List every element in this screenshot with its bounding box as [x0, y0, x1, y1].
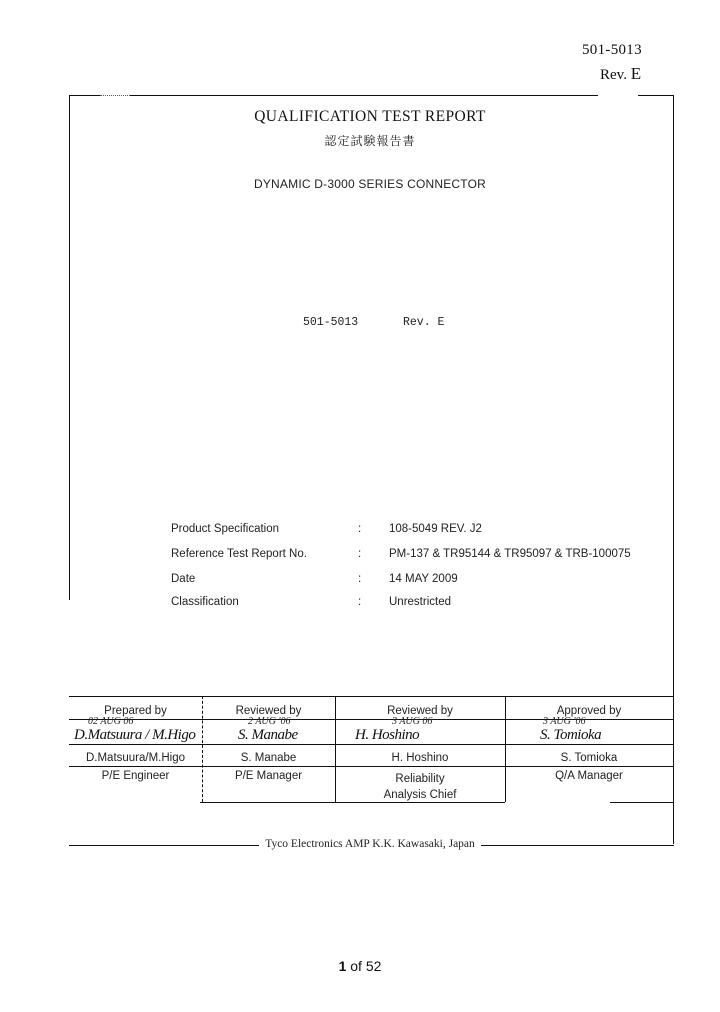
footer: Tyco Electronics AMP K.K. Kawasaki, Japa…	[0, 838, 720, 850]
info-value-reference-report: PM-137 & TR95144 & TR95097 & TRB-100075	[389, 548, 631, 560]
frame-right	[673, 95, 674, 844]
frame-top-left	[69, 95, 100, 96]
approval-title-reviewed-2-line2: Analysis Chief	[335, 787, 505, 803]
info-colon: :	[358, 573, 361, 585]
approval-date-prepared: 02 AUG 06	[88, 716, 133, 727]
info-value-classification: Unrestricted	[389, 596, 451, 608]
page-current: 1	[339, 958, 347, 974]
approval-title-prepared: P/E Engineer	[69, 768, 202, 784]
header-doc-number: 501-5013	[582, 42, 642, 59]
approval-date-reviewed-2: 3 AUG 06	[392, 716, 432, 727]
signature-reviewed-2: H. Hoshino	[355, 727, 419, 744]
info-label-reference-report: Reference Test Report No.	[171, 548, 307, 560]
header-revision-prefix: Rev.	[600, 67, 627, 83]
approval-name-reviewed-1: S. Manabe	[202, 750, 335, 766]
table-line-signature	[69, 744, 674, 745]
approval-title-approved: Q/A Manager	[505, 768, 673, 784]
report-title: QUALIFICATION TEST REPORT	[0, 108, 720, 126]
approval-name-approved: S. Tomioka	[505, 750, 673, 766]
report-title-japanese: 認定試験報告書	[0, 132, 720, 149]
info-label-date: Date	[171, 573, 195, 585]
document-number: 501-5013	[303, 316, 358, 329]
table-line-bottom-right	[610, 802, 673, 803]
signature-prepared: D.Matsuura / M.Higo	[74, 727, 195, 744]
table-line-name	[69, 766, 674, 767]
page-of-label: of	[350, 958, 362, 974]
signature-approved: S. Tomioka	[540, 727, 601, 744]
approval-date-approved: 3 AUG '06	[543, 716, 586, 727]
approval-name-prepared: D.Matsuura/M.Higo	[69, 750, 202, 766]
info-colon: :	[358, 596, 361, 608]
info-colon: :	[358, 548, 361, 560]
frame-left	[69, 95, 70, 600]
info-value-product-spec: 108-5049 REV. J2	[389, 523, 482, 535]
document-revision: Rev. E	[403, 316, 444, 329]
info-label-classification: Classification	[171, 596, 239, 608]
header-revision: Rev. E	[600, 64, 641, 84]
approval-role-approved: Approved by	[505, 703, 673, 719]
page-number: 1 of 52	[0, 958, 720, 974]
frame-top-dotted	[100, 95, 130, 96]
header-revision-letter: E	[631, 64, 641, 83]
info-label-product-spec: Product Specification	[171, 523, 279, 535]
approval-name-reviewed-2: H. Hoshino	[335, 750, 505, 766]
frame-top-right	[638, 95, 674, 96]
footer-company: Tyco Electronics AMP K.K. Kawasaki, Japa…	[259, 838, 481, 850]
page-total: 52	[366, 958, 382, 974]
info-value-date: 14 MAY 2009	[389, 573, 458, 585]
approval-title-reviewed-2-line1: Reliability	[335, 771, 505, 787]
approval-title-reviewed-1: P/E Manager	[202, 768, 335, 784]
frame-top	[130, 95, 598, 96]
product-name: DYNAMIC D-3000 SERIES CONNECTOR	[0, 177, 720, 191]
signature-reviewed-1: S. Manabe	[238, 727, 298, 744]
table-line-top	[69, 696, 674, 697]
info-colon: :	[358, 523, 361, 535]
approval-date-reviewed-1: 2 AUG '06	[248, 716, 291, 727]
